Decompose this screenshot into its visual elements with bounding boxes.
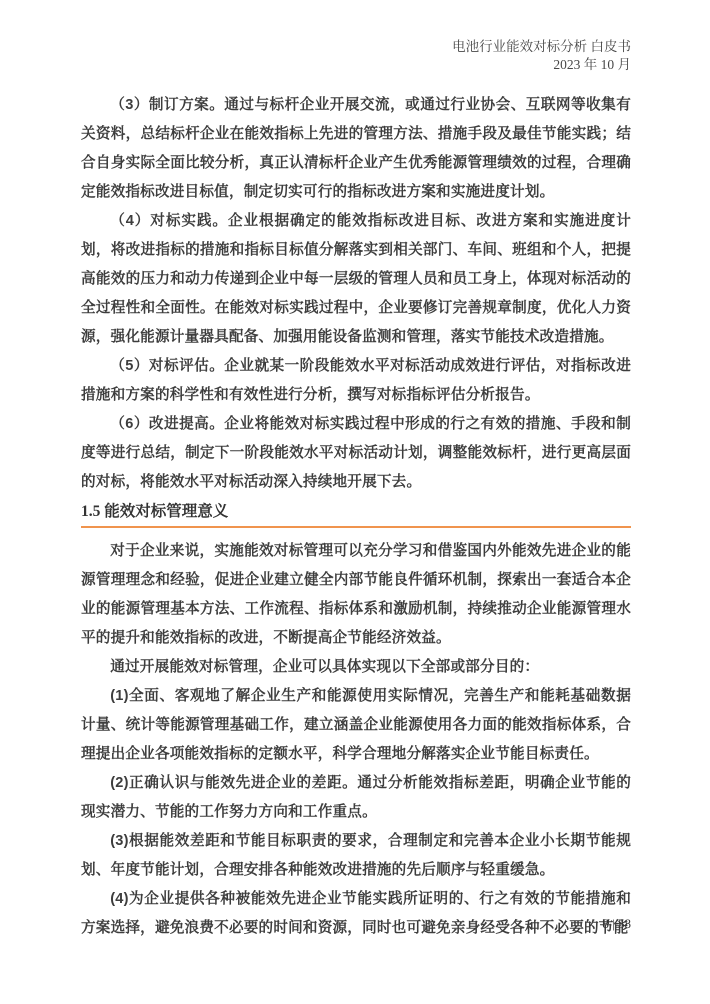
document-page: 电池行业能效对标分析 白皮书 2023 年 10 月 （3）制订方案。通过与标杆… xyxy=(0,0,710,1004)
paragraph-purpose-2: (2)正确认识与能效先进企业的差距。通过分析能效指标差距，明确企业节能的现实潜力… xyxy=(81,769,631,827)
section-heading-1-5: 1.5 能效对标管理意义 xyxy=(81,502,631,522)
paragraph-item-5: （5）对标评估。企业就某一阶段能效水平对标活动成效进行评估，对指标改进措施和方案… xyxy=(81,352,631,410)
header-date: 2023 年 10 月 xyxy=(81,56,631,74)
body-content: （3）制订方案。通过与标杆企业开展交流，或通过行业协会、互联网等收集有关资料，总… xyxy=(81,91,631,943)
paragraph-intro: 对于企业来说，实施能效对标管理可以充分学习和借鉴国内外能效先进企业的能源管理理念… xyxy=(81,537,631,653)
paragraph-purpose-lead: 通过开展能效对标管理，企业可以具体实现以下全部或部分目的： xyxy=(81,653,631,682)
paragraph-purpose-4: (4)为企业提供各种被能效先进企业节能实践所证明的、行之有效的节能措施和方案选择… xyxy=(81,885,631,943)
paragraph-item-4: （4）对标实践。企业根据确定的能效指标改进目标、改进方案和实施进度计划，将改进指… xyxy=(81,207,631,352)
paragraph-purpose-3: (3)根据能效差距和节能目标职责的要求，合理制定和完善本企业小长期节能规划、年度… xyxy=(81,827,631,885)
paragraph-purpose-1: (1)全面、客观地了解企业生产和能源使用实际情况，完善生产和能耗基础数据计量、统… xyxy=(81,682,631,769)
paragraph-item-3: （3）制订方案。通过与标杆企业开展交流，或通过行业协会、互联网等收集有关资料，总… xyxy=(81,91,631,207)
header-title: 电池行业能效对标分析 白皮书 xyxy=(81,38,631,56)
paragraph-item-6: （6）改进提高。企业将能效对标实践过程中形成的行之有效的措施、手段和制度等进行总… xyxy=(81,410,631,497)
section-divider-rule xyxy=(81,526,631,528)
page-number: 8 | 58 xyxy=(602,916,631,932)
page-header: 电池行业能效对标分析 白皮书 2023 年 10 月 xyxy=(81,38,631,74)
